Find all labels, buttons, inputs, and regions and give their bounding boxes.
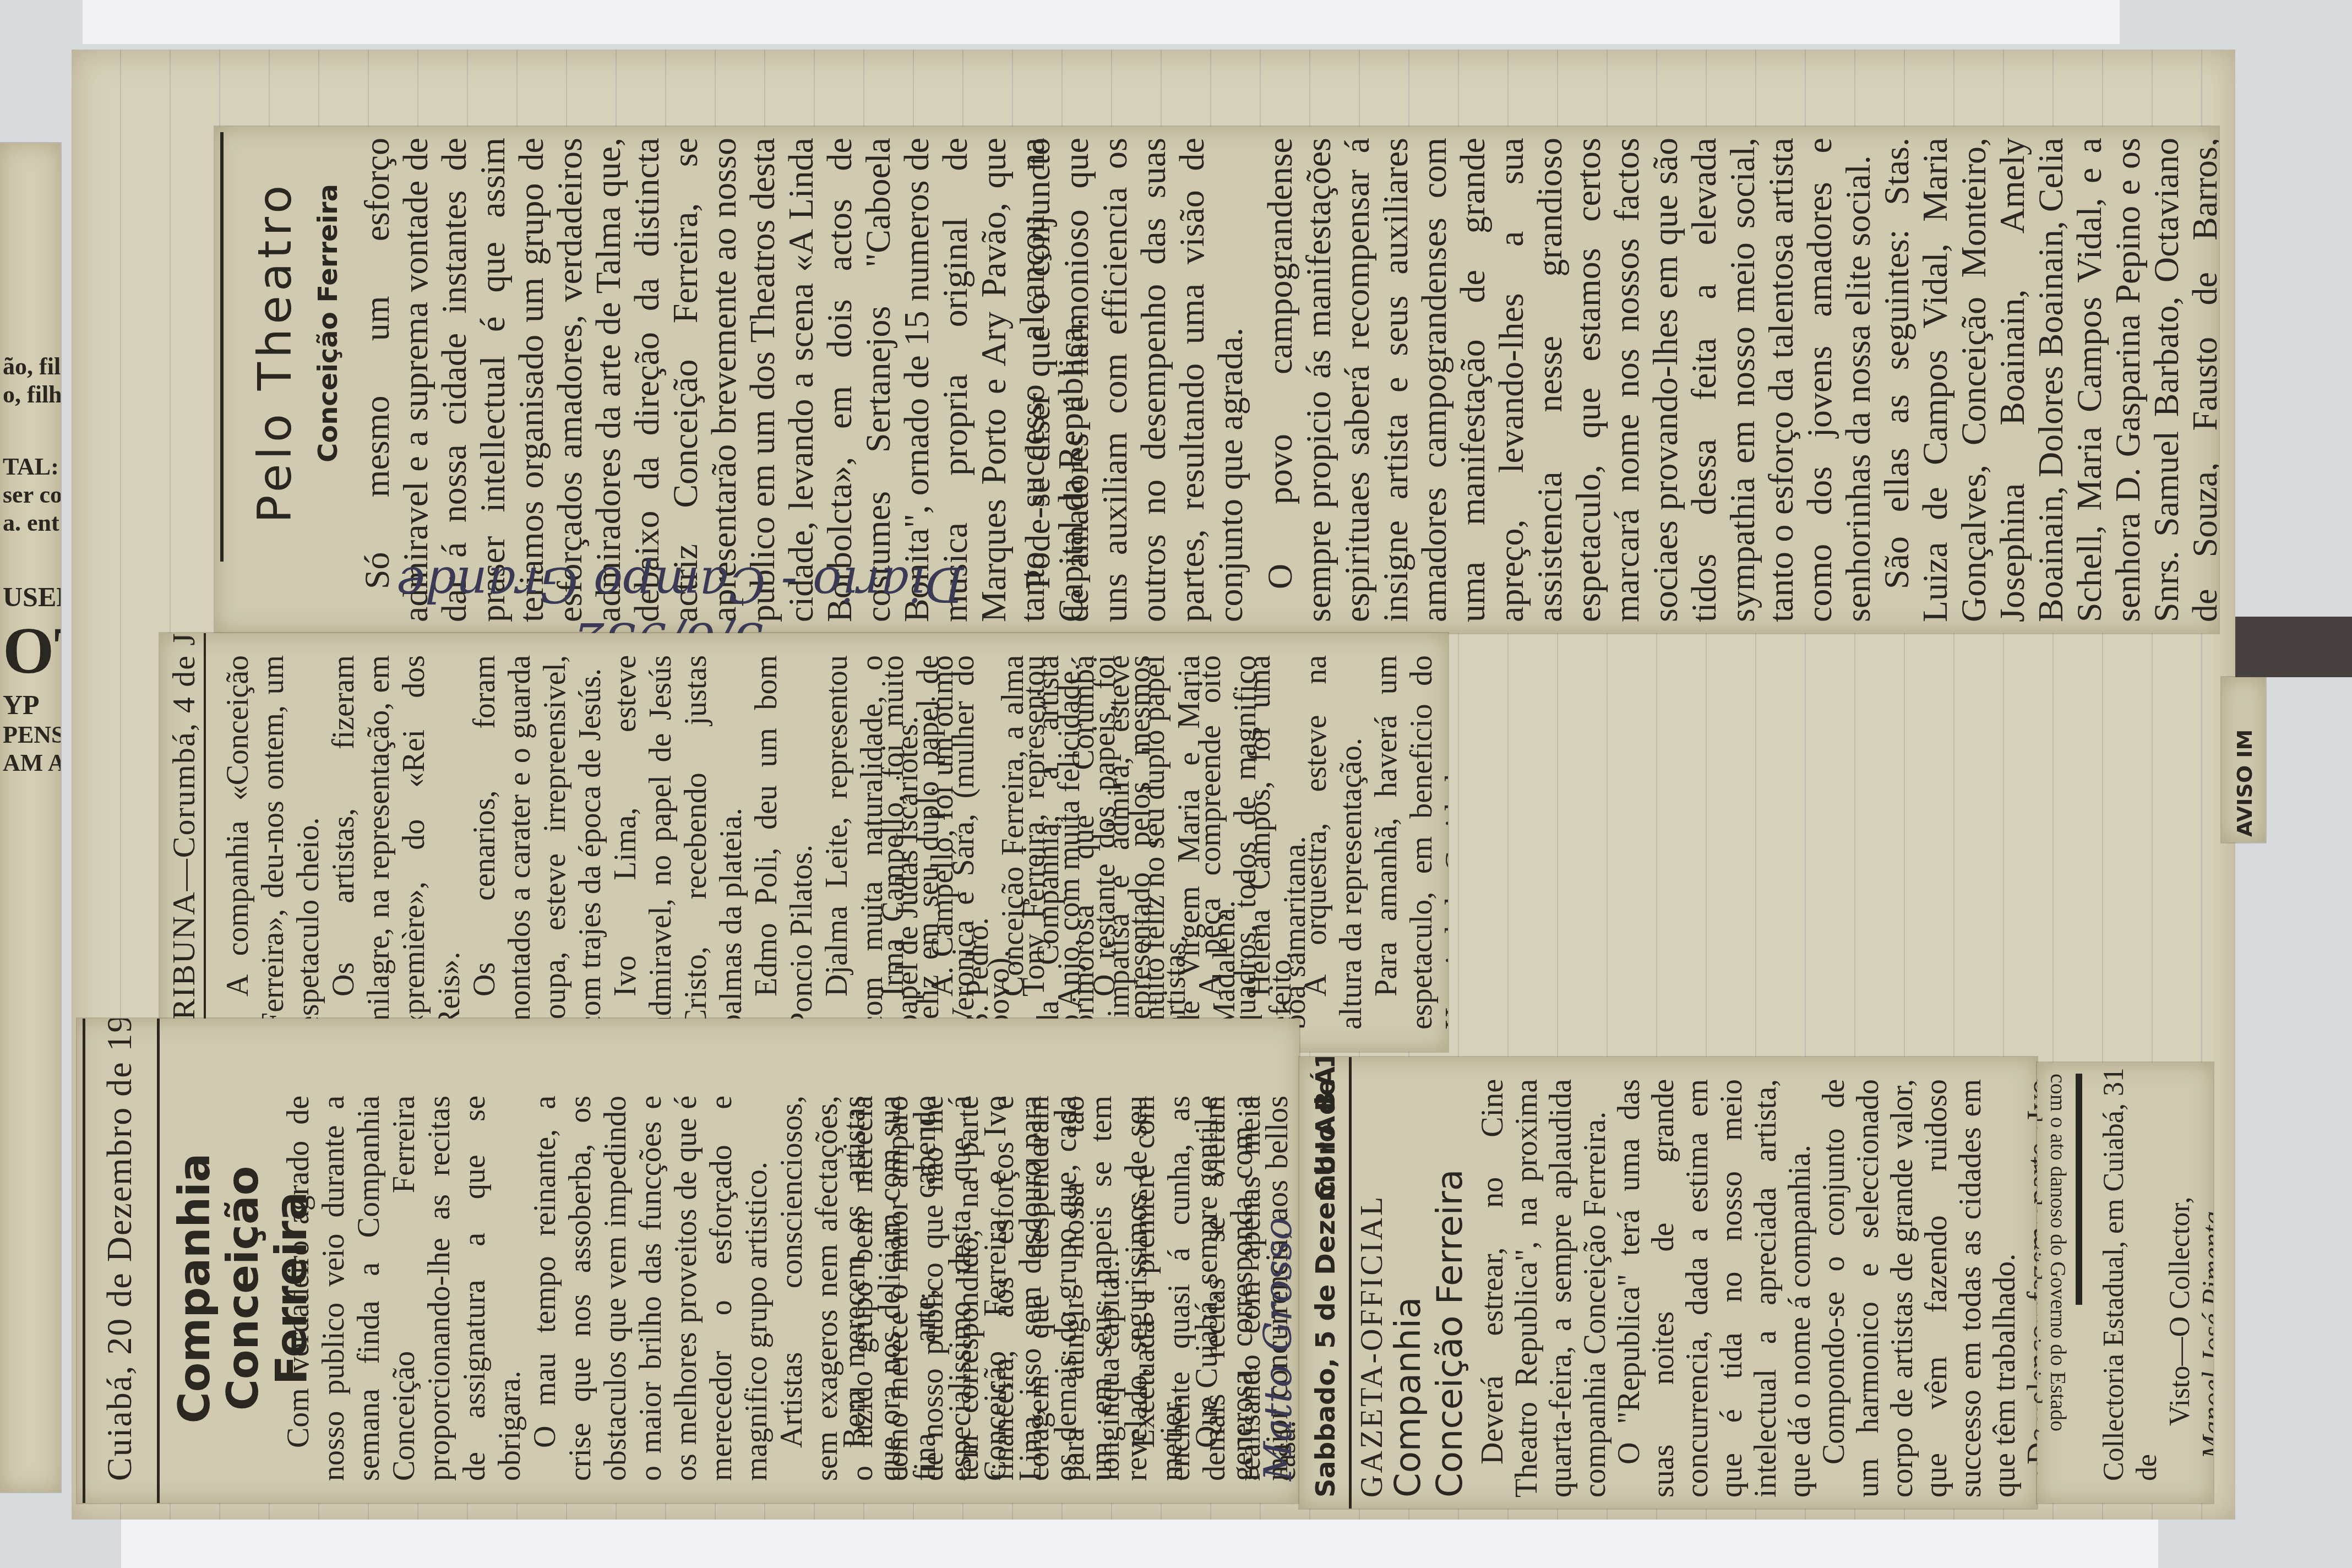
dateline-rule xyxy=(83,1019,85,1503)
left-fragment-line: ão, filho xyxy=(3,352,61,380)
handwritten-date: 5/6/932 xyxy=(573,611,764,633)
left-fragment-line: USEM xyxy=(3,581,61,613)
article-title: Companhia Conceição Ferreira xyxy=(1387,1112,1471,1498)
clipping-tribuna: TRIBUNA—Corumbá, 4 de Janeiro de 1932 A … xyxy=(160,633,1448,1052)
paragraph: O mau tempo reinante, a crise que nos as… xyxy=(527,1096,774,1481)
paragraph: Com verdadeiro agrado de nosso publico v… xyxy=(281,1096,527,1481)
paragraph: Bem merecem os artistas que ora nos deli… xyxy=(837,1096,1189,1481)
dateline-rule xyxy=(157,1019,160,1503)
column-rule xyxy=(2076,1074,2082,1305)
paragraph: Compondo-se o conjunto de um harmonico e… xyxy=(1817,1079,2022,1498)
paragraph: Para amanhã, haverá um espetaculo, em be… xyxy=(1369,655,1448,1030)
paragraph: Deverá estrear, no Cine Theatro Republic… xyxy=(1476,1079,1612,1498)
title-rule xyxy=(220,132,224,562)
article-title: Pelo Theatro xyxy=(248,138,302,523)
paragraph: O restante dos papeis, foi representado … xyxy=(1087,655,1193,1030)
city-label: CUIABÁ xyxy=(1310,1062,1341,1200)
collectoria-signature: Manoel José Pimenta. xyxy=(2197,1063,2213,1481)
paragraph: A orquestra, esteve na altura da represe… xyxy=(1298,655,1369,1030)
paragraph: Tony Ferreira, representou o Anjo, com m… xyxy=(1016,655,1087,1030)
left-fragment-line: a. ent xyxy=(3,509,61,537)
paragraph: Edmo Poli, deu um bom Poncio Pilatos. xyxy=(749,655,819,1030)
dateline: TRIBUNA—Corumbá, 4 de Janeiro de 1932 xyxy=(165,633,202,1041)
article-body-2: Bem merecem os artistas que ora nos deli… xyxy=(837,1096,1299,1481)
paragraph: Só mesmo um esforço admiravel e a suprem… xyxy=(358,138,1090,622)
paragraph: A companhia «Conceição Ferreira», deu-no… xyxy=(220,655,326,1030)
tribuna-body-2: Irma Campello, foi muito feliz em seu du… xyxy=(875,655,1448,1030)
clipping-collectoria: com o ato danoso do Governo do Estado ma… xyxy=(2037,1063,2213,1503)
article-subtitle: Conceição Ferreira xyxy=(313,138,344,523)
left-fragment-line: ser co xyxy=(3,481,61,509)
left-fragment-line: YP xyxy=(3,689,61,721)
left-fragment-line: TAL: xyxy=(3,453,61,481)
masthead: GAZETA-OFFICIAL xyxy=(1354,1195,1390,1498)
backing-sheet-top xyxy=(83,0,2120,44)
aviso-text: AVISO IM xyxy=(2233,729,2257,837)
paragraph: Do elenco fazem parte Ivo Lima, artista … xyxy=(2022,1079,2037,1498)
dateline-rule xyxy=(204,633,206,1052)
dateline: Cuiabá, 20 de Dezembro de 1931. xyxy=(99,1019,140,1481)
paragraph: Ivo Lima, esteve admiravel, no papel de … xyxy=(608,655,749,1030)
paragraph: O povo campograndense sempre propicio ás… xyxy=(1261,138,1877,622)
paragraph: Os cenarios, foram montados a carater e … xyxy=(467,655,608,1030)
left-fragment-line: AM A xyxy=(3,749,61,777)
left-edge-fragment: ão, filho o, filho TAL: ser co a. ent US… xyxy=(0,143,61,1492)
clipping-pelo-theatro: Pelo Theatro Conceição Ferreira Só mesmo… xyxy=(215,127,2219,633)
left-fragment-line: OT xyxy=(3,613,61,689)
handwritten-note: Diario - Campo Grande xyxy=(396,556,963,613)
collectoria-line: Collectoria Estadual, em Cuiabá, 31 de xyxy=(2098,1063,2164,1481)
paragraph: Os artistas, fizeram milagre, na represe… xyxy=(326,655,467,1030)
paragraph: A peça compreende oito quadros, todos de… xyxy=(1193,655,1298,1030)
article-body: Deverá estrear, no Cine Theatro Republic… xyxy=(1476,1079,2037,1498)
paragraph: Pode-se diser que o conjuncto de amadore… xyxy=(1019,138,1250,622)
fragment-text: com o ato danoso do Governo do Estado ma… xyxy=(2037,1074,2070,1492)
dateline-rule xyxy=(1349,1057,1352,1509)
left-fragment-line: o, filho xyxy=(3,380,61,409)
article-body-col-4: São ellas as seguintes: Stas. Luiza de C… xyxy=(1877,138,2219,622)
clipping-cuiaba-dec20: Cuiabá, 20 de Dezembro de 1931. Companhi… xyxy=(77,1019,1299,1503)
collectoria-line: Visto—O Collector, xyxy=(2164,1063,2197,1481)
paragraph: São ellas as seguintes: Stas. Luiza de C… xyxy=(1877,138,2219,622)
article-body-col-1: Só mesmo um esforço admiravel e a suprem… xyxy=(358,138,1019,622)
clipping-gazeta: Sabbado, 5 de Dezembro de 1931 CUIABÁ GA… xyxy=(1299,1057,2037,1509)
paragraph: Irma Campello, foi muito feliz em seu du… xyxy=(875,655,1016,1030)
page-shadow-right xyxy=(2219,617,2352,677)
paragraph: O "Republica" terá uma das suas noites d… xyxy=(1612,1079,1817,1498)
backing-sheet-bottom xyxy=(121,1520,2158,1568)
left-fragment-line: PENS xyxy=(3,721,61,749)
aviso-fragment: AVISO IM xyxy=(2222,677,2266,842)
handwritten-note: Matto Grosso xyxy=(1255,1217,1299,1481)
